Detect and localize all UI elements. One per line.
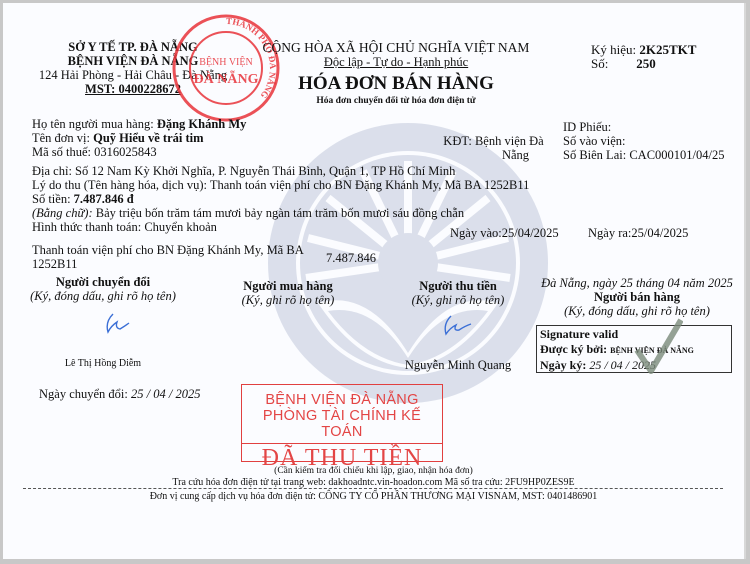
- line-item-description: Thanh toán viện phí cho BN Đặng Khánh My…: [32, 243, 304, 271]
- date-out-row: Ngày ra:25/04/2025: [588, 226, 688, 240]
- symbol-value: 2K25TKT: [639, 42, 696, 57]
- converter-name: Lê Thị Hồng Diễm: [23, 358, 183, 369]
- republic-name: CỘNG HÒA XÃ HỘI CHỦ NGHĨA VIỆT NAM: [261, 40, 531, 55]
- total-amount: 7.487.846 đ: [74, 192, 134, 206]
- ticket-id-label: ID Phiếu:: [563, 120, 611, 134]
- admission-label: Số vào viện:: [563, 134, 626, 148]
- invoice-page: SỞ Y TẾ TP. ĐÀ NẴNG BỆNH VIỆN ĐÀ NẴNG 12…: [3, 3, 746, 559]
- national-motto: Độc lập - Tự do - Hạnh phúc: [324, 55, 468, 69]
- buyer-address: Số 12 Nam Kỳ Khởi Nghĩa, P. Nguyễn Thái …: [75, 164, 455, 178]
- checkmark-icon: [633, 316, 683, 376]
- buyer-name-row: Họ tên người mua hàng: Đặng Khánh My: [32, 117, 246, 131]
- buyer-name: Đặng Khánh My: [157, 117, 247, 131]
- number-label: Số:: [591, 57, 633, 71]
- buyer-tax-code: 0316025843: [94, 145, 157, 159]
- number-value: 250: [636, 56, 656, 71]
- converter-signature-mark-icon: [103, 312, 133, 336]
- kdt-block: KĐT: Bệnh viện Đà Nẵng: [421, 134, 566, 162]
- seller-signature: Đà Nẵng, ngày 25 tháng 04 năm 2025 Người…: [531, 276, 743, 318]
- converter-signature: Người chuyển đổi (Ký, đóng dấu, ghi rõ h…: [23, 275, 183, 303]
- lookup-info: Tra cứu hóa đơn điện tử tại trang web: d…: [3, 476, 744, 489]
- reason-row: Lý do thu (Tên hàng hóa, dịch vụ): Thanh…: [32, 178, 529, 192]
- buyer-unit-row: Tên đơn vị: Quỹ Hiểu về trái tim: [32, 131, 204, 145]
- date-in: 25/04/2025: [502, 226, 559, 240]
- conversion-date: 25 / 04 / 2025: [131, 387, 200, 401]
- amount-words-row: (Bằng chữ): Bảy triệu bốn trăm tám mươi …: [32, 206, 464, 220]
- buyer-address-row: Địa chỉ: Số 12 Nam Kỳ Khởi Nghĩa, P. Ngu…: [32, 164, 455, 178]
- kdt-value: Bệnh viện Đà: [475, 134, 544, 148]
- cashier-signature-mark-icon: [441, 314, 473, 338]
- cashier-name: Nguyễn Minh Quang: [393, 358, 523, 373]
- invoice-subtitle: Hóa đơn chuyển đổi từ hóa đơn điện tử: [261, 95, 531, 107]
- seal-center-top: BỆNH VIỆN: [199, 56, 252, 68]
- line-item-amount: 7.487.846: [326, 251, 376, 265]
- provider-info: Đơn vị cung cấp dịch vụ hóa đơn điện tử:…: [3, 490, 744, 503]
- date-out: 25/04/2025: [631, 226, 688, 240]
- payment-method-row: Hình thức thanh toán: Chuyển khoản: [32, 220, 217, 234]
- cashier-signature: Người thu tiền (Ký, ghi rõ họ tên): [398, 279, 518, 307]
- document-header: CỘNG HÒA XÃ HỘI CHỦ NGHĨA VIỆT NAM Độc l…: [261, 40, 531, 107]
- seller-tax-code: MST: 0400228672: [85, 82, 181, 96]
- ids-block: ID Phiếu: Số vào viện: Số Biên Lai: CAC0…: [563, 120, 724, 162]
- buyer-signature: Người mua hàng (Ký, ghi rõ họ tên): [228, 279, 348, 307]
- amount-in-words: Bảy triệu bốn trăm tám mươi bảy ngàn tám…: [96, 206, 464, 220]
- paid-stamp: BỆNH VIỆN ĐÀ NẴNG PHÒNG TÀI CHÍNH KẾ TOÁ…: [241, 384, 443, 462]
- conversion-date-row: Ngày chuyển đổi: 25 / 04 / 2025: [39, 387, 200, 401]
- payment-method: Chuyển khoản: [144, 220, 217, 234]
- seal-center-bottom: ĐÀ NẴNG: [194, 69, 259, 87]
- invoice-meta: Ký hiệu: 2K25TKT Số: 250: [591, 43, 696, 71]
- receipt-label: Số Biên Lai:: [563, 148, 626, 162]
- payment-reason: Thanh toán viện phí cho BN Đặng Khánh My…: [210, 178, 530, 192]
- date-in-row: Ngày vào:25/04/2025: [450, 226, 559, 240]
- amount-row: Số tiền: 7.487.846 đ: [32, 192, 134, 206]
- signing-place-date: Đà Nẵng, ngày 25 tháng 04 năm 2025: [531, 276, 743, 290]
- buyer-tax-row: Mã số thuế: 0316025843: [32, 145, 157, 159]
- symbol-label: Ký hiệu:: [591, 42, 636, 57]
- buyer-unit: Quỹ Hiểu về trái tim: [93, 131, 203, 145]
- invoice-title: HÓA ĐƠN BÁN HÀNG: [261, 73, 531, 95]
- receipt-value: CAC000101/04/25: [629, 148, 724, 162]
